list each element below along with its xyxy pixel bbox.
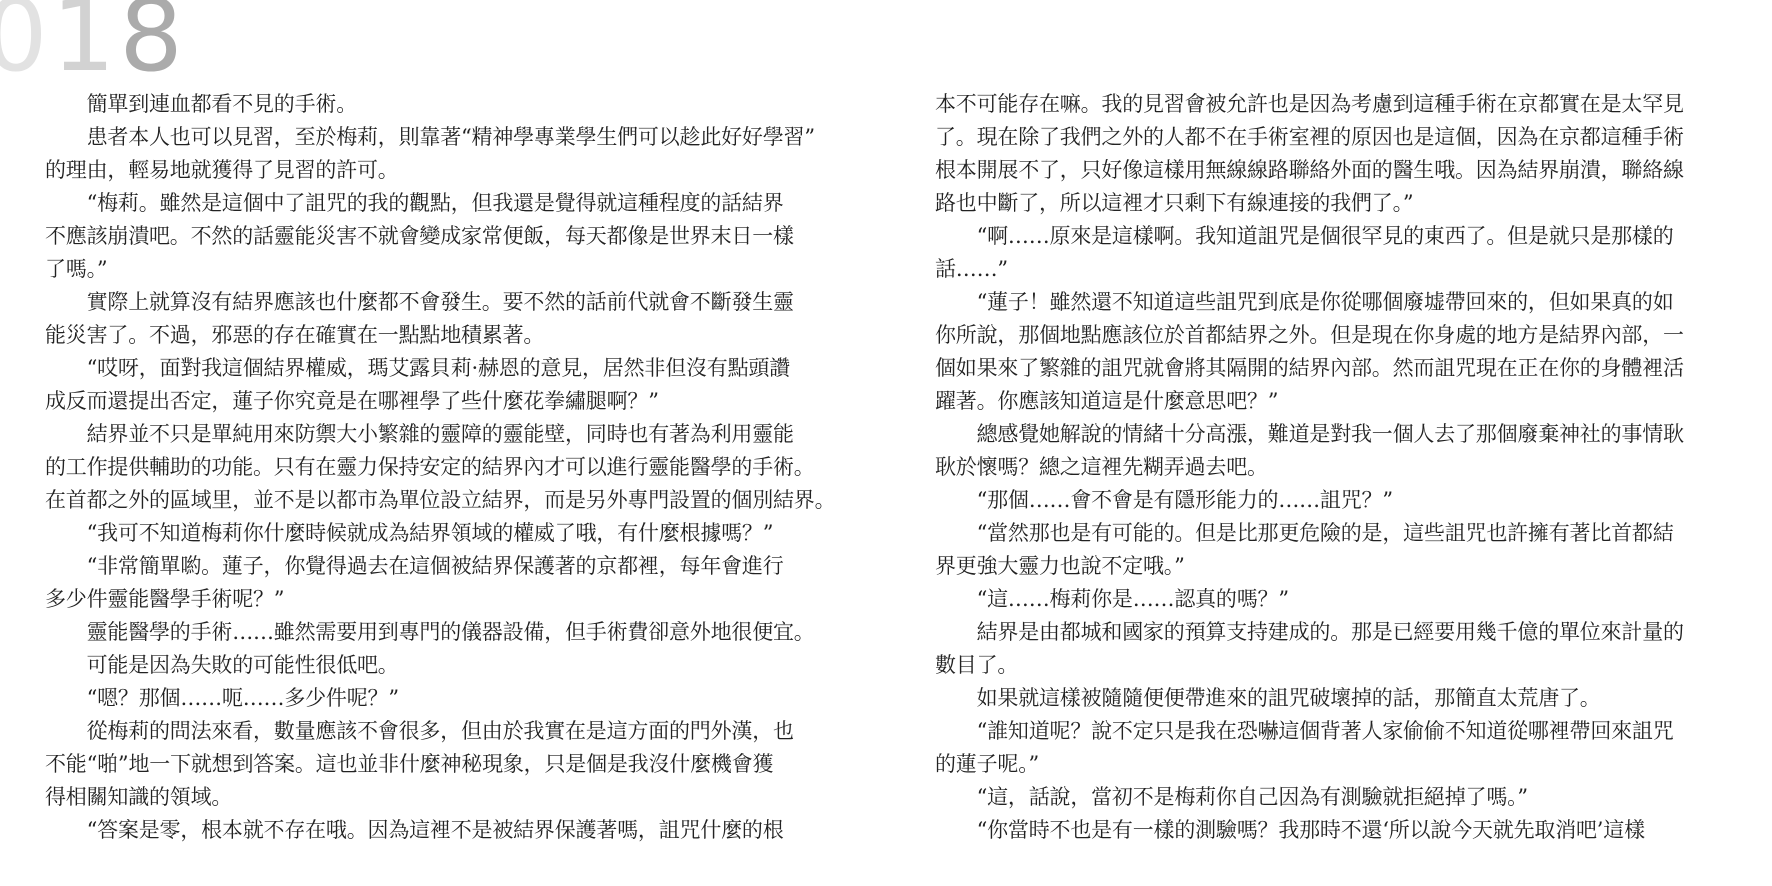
- text-line: 從梅莉的問法來看，數量應該不會很多，但由於我實在是這方面的門外漢，也: [45, 715, 820, 748]
- text-line: 數目了。: [935, 649, 1710, 682]
- text-line: “啊……原來是這樣啊。我知道詛咒是個很罕見的東西了。但是就只是那樣的: [935, 220, 1710, 253]
- text-line: 不能“啪”地一下就想到答案。這也並非什麼神秘現象，只是個是我沒什麼機會獲: [45, 748, 820, 781]
- left-text-column: 簡單到連血都看不見的手術。 患者本人也可以見習，至於梅莉，則靠著“精神學專業學生…: [45, 88, 820, 847]
- text-line: “我可不知道梅莉你什麼時候就成為結界領域的權威了哦，有什麼根據嗎？”: [45, 517, 820, 550]
- text-line: 你所說，那個地點應該位於首都結界之外。但是現在你身處的地方是結界內部，一: [935, 319, 1710, 352]
- text-line: 了嗎。”: [45, 253, 820, 286]
- text-line: 結界是由都城和國家的預算支持建成的。那是已經要用幾千億的單位來計量的: [935, 616, 1710, 649]
- page-number-digit: 8: [119, 0, 187, 94]
- text-line: 得相關知識的領域。: [45, 781, 820, 814]
- text-line: 結界並不只是單純用來防禦大小繁雜的靈障的靈能壁，同時也有著為利用靈能: [45, 418, 820, 451]
- text-line: 總感覺她解說的情緒十分高漲，難道是對我一個人去了那個廢棄神社的事情耿: [935, 418, 1710, 451]
- text-line: 界更強大靈力也說不定哦。”: [935, 550, 1710, 583]
- text-line: 本不可能存在嘛。我的見習會被允許也是因為考慮到這種手術在京都實在是太罕見: [935, 88, 1710, 121]
- text-line: “哎呀，面對我這個結界權威，瑪艾露貝莉·赫恩的意見，居然非但沒有點頭讚: [45, 352, 820, 385]
- text-line: 在首都之外的區域里，並不是以都市為單位設立結界，而是另外專門設置的個別結界。: [45, 484, 820, 517]
- right-text-column: 本不可能存在嘛。我的見習會被允許也是因為考慮到這種手術在京都實在是太罕見 了。現…: [935, 88, 1710, 847]
- text-line: 的蓮子呢。”: [935, 748, 1710, 781]
- text-line: 靈能醫學的手術……雖然需要用到專門的儀器設備，但手術費卻意外地很便宜。: [45, 616, 820, 649]
- page-number-digit: 0: [0, 0, 52, 94]
- text-line: 成反而還提出否定，蓮子你究竟是在哪裡學了些什麼花拳繡腿啊？”: [45, 385, 820, 418]
- text-line: 了。現在除了我們之外的人都不在手術室裡的原因也是這個，因為在京都這種手術: [935, 121, 1710, 154]
- text-line: 路也中斷了，所以這裡才只剩下有線連接的我們了。”: [935, 187, 1710, 220]
- text-line: “這……梅莉你是……認真的嗎？”: [935, 583, 1710, 616]
- text-line: 實際上就算沒有結界應該也什麼都不會發生。要不然的話前代就會不斷發生靈: [45, 286, 820, 319]
- text-line: 的工作提供輔助的功能。只有在靈力保持安定的結界內才可以進行靈能醫學的手術。: [45, 451, 820, 484]
- page-number: 018: [0, 0, 187, 86]
- text-line: 簡單到連血都看不見的手術。: [45, 88, 820, 121]
- text-line: “當然那也是有可能的。但是比那更危險的是，這些詛咒也許擁有著比首都結: [935, 517, 1710, 550]
- text-line: “嗯？那個……呃……多少件呢？”: [45, 682, 820, 715]
- text-line: 個如果來了繁雜的詛咒就會將其隔開的結界內部。然而詛咒現在正在你的身體裡活: [935, 352, 1710, 385]
- text-line: 耿於懷嗎？總之這裡先糊弄過去吧。: [935, 451, 1710, 484]
- text-line: 不應該崩潰吧。不然的話靈能災害不就會變成家常便飯，每天都像是世界末日一樣: [45, 220, 820, 253]
- text-line: 多少件靈能醫學手術呢？”: [45, 583, 820, 616]
- text-line: “你當時不也是有一樣的測驗嗎？我那時不還‘所以說今天就先取消吧’這樣: [935, 814, 1710, 847]
- book-page: 018 簡單到連血都看不見的手術。 患者本人也可以見習，至於梅莉，則靠著“精神學…: [0, 0, 1772, 886]
- text-line: “這，話說，當初不是梅莉你自己因為有測驗就拒絕掉了嗎。”: [935, 781, 1710, 814]
- text-line: “那個……會不會是有隱形能力的……詛咒？”: [935, 484, 1710, 517]
- text-line: “誰知道呢？說不定只是我在恐嚇這個背著人家偷偷不知道從哪裡帶回來詛咒: [935, 715, 1710, 748]
- text-line: “答案是零，根本就不存在哦。因為這裡不是被結界保護著嗎，詛咒什麼的根: [45, 814, 820, 847]
- text-line: 能災害了。不過，邪惡的存在確實在一點點地積累著。: [45, 319, 820, 352]
- text-line: “梅莉。雖然是這個中了詛咒的我的觀點，但我還是覺得就這種程度的話結界: [45, 187, 820, 220]
- text-line: 的理由，輕易地就獲得了見習的許可。: [45, 154, 820, 187]
- text-line: 可能是因為失敗的可能性很低吧。: [45, 649, 820, 682]
- text-line: 如果就這樣被隨隨便便帶進來的詛咒破壞掉的話，那簡直太荒唐了。: [935, 682, 1710, 715]
- text-line: “非常簡單喲。蓮子，你覺得過去在這個被結界保護著的京都裡，每年會進行: [45, 550, 820, 583]
- text-line: “蓮子！雖然還不知道這些詛咒到底是你從哪個廢墟帶回來的，但如果真的如: [935, 286, 1710, 319]
- text-line: 根本開展不了，只好像這樣用無線線路聯絡外面的醫生哦。因為結界崩潰，聯絡線: [935, 154, 1710, 187]
- text-line: 患者本人也可以見習，至於梅莉，則靠著“精神學專業學生們可以趁此好好學習”: [45, 121, 820, 154]
- text-line: 躍著。你應該知道這是什麼意思吧？”: [935, 385, 1710, 418]
- text-line: 話……”: [935, 253, 1710, 286]
- page-number-digit: 1: [52, 0, 120, 94]
